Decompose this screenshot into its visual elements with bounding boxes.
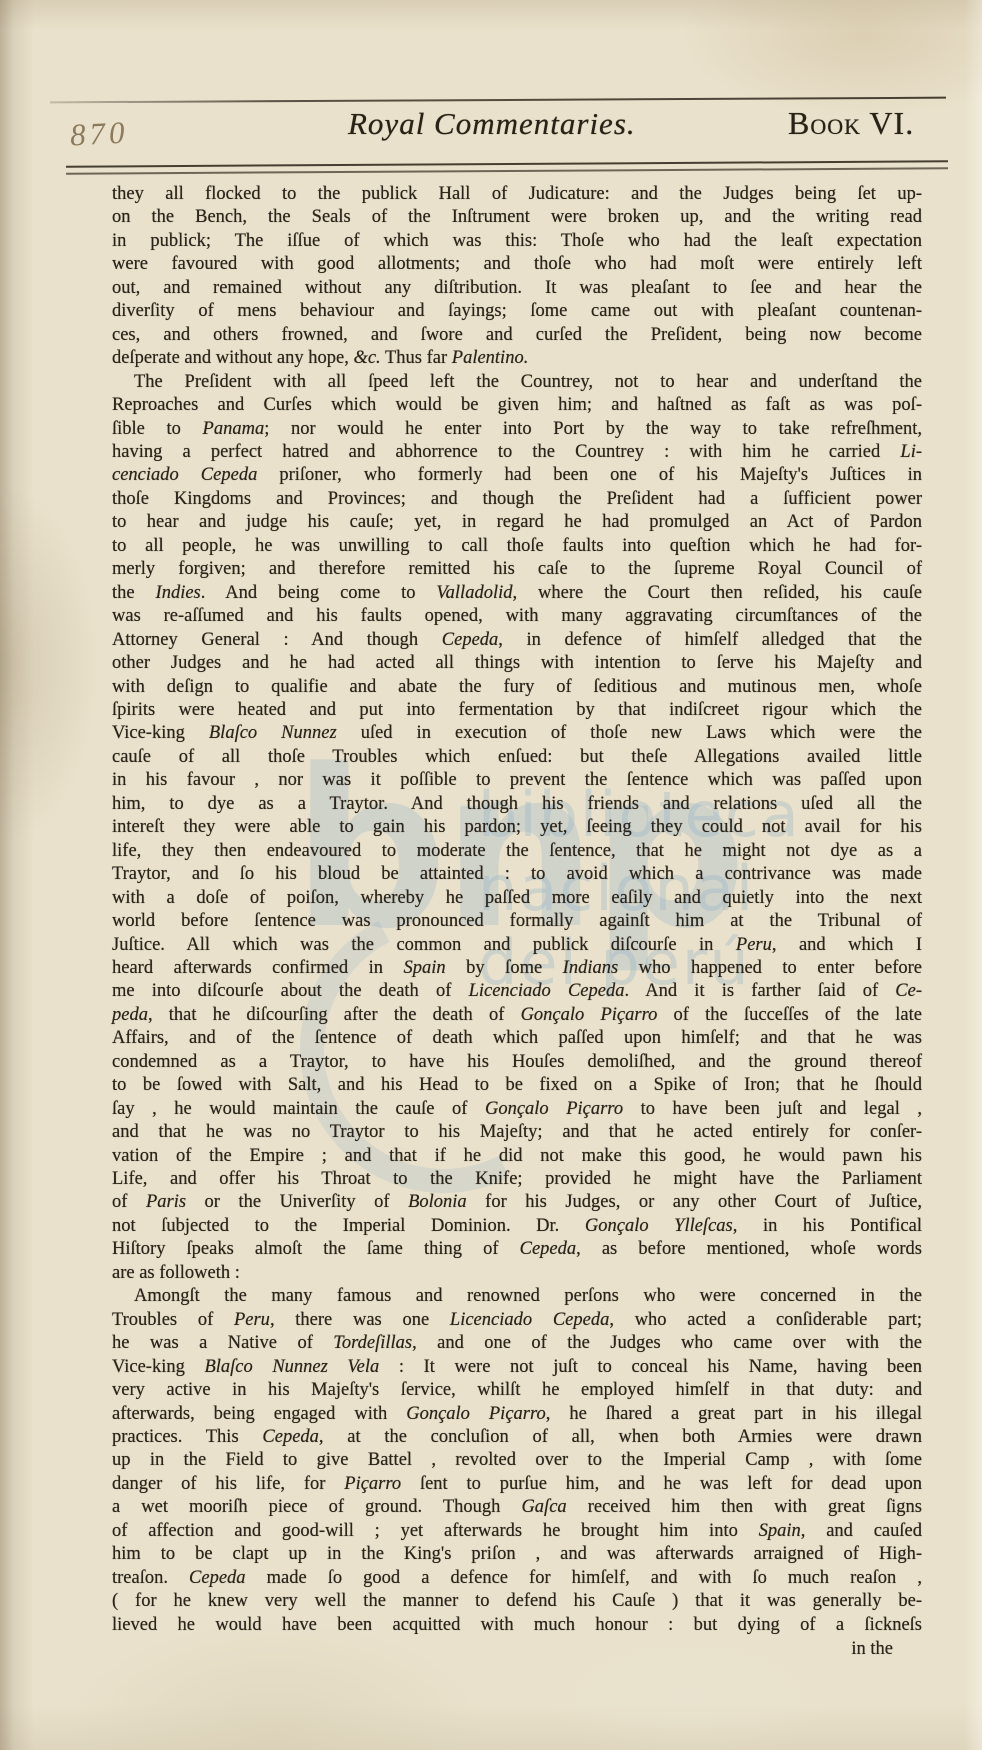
text-line: were favoured with good allotments; and … xyxy=(112,253,922,276)
text-line: danger of his life, for Piçarro ſent to … xyxy=(112,1473,922,1496)
text-line: Troubles of Peru, there was one Licencia… xyxy=(112,1309,922,1332)
text-line: Reproaches and Curſes which would be giv… xyxy=(112,394,922,417)
text-line: with deſign to qualifie and abate the fu… xyxy=(112,676,922,699)
text-line: to hear and judge his cauſe; yet, in reg… xyxy=(112,511,922,534)
text-line: on the Bench, the Seals of the Inſtrumen… xyxy=(112,206,922,229)
text-line: they all flocked to the publick Hall of … xyxy=(112,183,922,206)
text-line: life, they then endeavoured to moderate … xyxy=(112,840,922,863)
text-line: me into diſcourſe about the death of Lic… xyxy=(112,980,922,1003)
text-line: out, and remained without any diſtributi… xyxy=(112,277,922,300)
text-line: the Indies. And being come to Valladolid… xyxy=(112,582,922,605)
text-line: deſperate and without any hope, &c. Thus… xyxy=(112,347,922,370)
text-line: of affection and good-will ; yet afterwa… xyxy=(112,1520,922,1543)
top-rule xyxy=(50,97,946,104)
text-line: lieved he would have been acquitted with… xyxy=(112,1614,922,1637)
text-line: practices. This Cepeda, at the concluſio… xyxy=(112,1426,922,1449)
text-line: world before ſentence was pronounced for… xyxy=(112,910,922,933)
text-line: merly forgiven; and therefore remitted h… xyxy=(112,558,922,581)
text-line: in his favour , nor was it poſſible to p… xyxy=(112,769,922,792)
text-line: Vice-king Blaſco Nunnez uſed in executio… xyxy=(112,722,922,745)
text-line: cenciado Cepeda priſoner, who formerly h… xyxy=(112,464,922,487)
text-line: ſpirits were heated and put into ferment… xyxy=(112,699,922,722)
text-line: him to be clapt up in the King's priſon … xyxy=(112,1543,922,1566)
text-line: with a doſe of poiſon, whereby he paſſed… xyxy=(112,887,922,910)
running-title: Royal Commentaries. xyxy=(348,106,636,142)
text-line: Vice-king Blaſco Nunnez Vela : It were n… xyxy=(112,1356,922,1379)
paragraph: Amongſt the many famous and renowned per… xyxy=(112,1285,922,1637)
text-line: The Preſident with all ſpeed left the Co… xyxy=(112,371,922,394)
text-line: ſible to Panama; nor would he enter into… xyxy=(112,418,922,441)
text-line: Affairs, and of the ſentence of death wh… xyxy=(112,1027,922,1050)
catchword: in the xyxy=(851,1639,893,1660)
book-label: Book VI. xyxy=(788,105,914,142)
text-line: Attorney General : And though Cepeda, in… xyxy=(112,629,922,652)
text-line: he was a Native of Tordeſillas, and one … xyxy=(112,1332,922,1355)
text-line: heard afterwards confirmed in Spain by ſ… xyxy=(112,957,922,980)
text-line: up in the Field to give Battel , revolte… xyxy=(112,1449,922,1472)
scanned-book-page: 870 Royal Commentaries. Book VI. bnp bib… xyxy=(0,0,982,1750)
text-line: Amongſt the many famous and renowned per… xyxy=(112,1285,922,1308)
text-line: Life, and offer his Throat to the Knife;… xyxy=(112,1168,922,1191)
text-line: diverſity of mens behaviour and ſayings;… xyxy=(112,300,922,323)
text-line: are as followeth : xyxy=(112,1262,922,1285)
text-line: Traytor, and ſo his bloud be attainted :… xyxy=(112,863,922,886)
text-line: treaſon. Cepeda made ſo good a defence f… xyxy=(112,1567,922,1590)
text-line: Juſtice. All which was the common and pu… xyxy=(112,934,922,957)
text-line: vation of the Empire ; and that if he di… xyxy=(112,1145,922,1168)
text-line: not ſubjected to the Imperial Dominion. … xyxy=(112,1215,922,1238)
text-line: to all people, he was unwilling to call … xyxy=(112,535,922,558)
page-number: 870 xyxy=(69,114,129,153)
text-line: of Paris or the Univerſity of Bolonia fo… xyxy=(112,1191,922,1214)
text-line: in publick; The iſſue of which was this:… xyxy=(112,230,922,253)
text-line: ces, and others frowned, and ſwore and c… xyxy=(112,324,922,347)
text-line: intereſt they were able to gain his pard… xyxy=(112,816,922,839)
text-line: afterwards, being engaged with Gonçalo P… xyxy=(112,1403,922,1426)
text-line: was re-aſſumed and his faults opened, wi… xyxy=(112,605,922,628)
text-block: they all flocked to the publick Hall of … xyxy=(112,183,922,1637)
header-double-rule xyxy=(66,160,948,174)
text-line: a wet mooriſh piece of ground. Though Ga… xyxy=(112,1496,922,1519)
paragraph: they all flocked to the publick Hall of … xyxy=(112,183,922,371)
text-line: thoſe Kingdoms and Provinces; and though… xyxy=(112,488,922,511)
text-line: and that he was no Traytor to his Majeſt… xyxy=(112,1121,922,1144)
paragraph: The Preſident with all ſpeed left the Co… xyxy=(112,371,922,1286)
text-line: ( for he knew very well the manner to de… xyxy=(112,1590,922,1613)
text-line: having a perfect hatred and abhorrence t… xyxy=(112,441,922,464)
text-line: cauſe of all thoſe Troubles which enſued… xyxy=(112,746,922,769)
text-line: Hiſtory ſpeaks almoſt the ſame thing of … xyxy=(112,1238,922,1261)
text-line: ſay , he would maintain the cauſe of Gon… xyxy=(112,1098,922,1121)
text-line: very active in his Majeſty's ſervice, wh… xyxy=(112,1379,922,1402)
text-line: condemned as a Traytor, to have his Houſ… xyxy=(112,1051,922,1074)
text-line: him, to dye as a Traytor. And though his… xyxy=(112,793,922,816)
text-line: other Judges and he had acted all things… xyxy=(112,652,922,675)
text-line: to be ſowed with Salt, and his Head to b… xyxy=(112,1074,922,1097)
text-line: peda, that he diſcourſing after the deat… xyxy=(112,1004,922,1027)
